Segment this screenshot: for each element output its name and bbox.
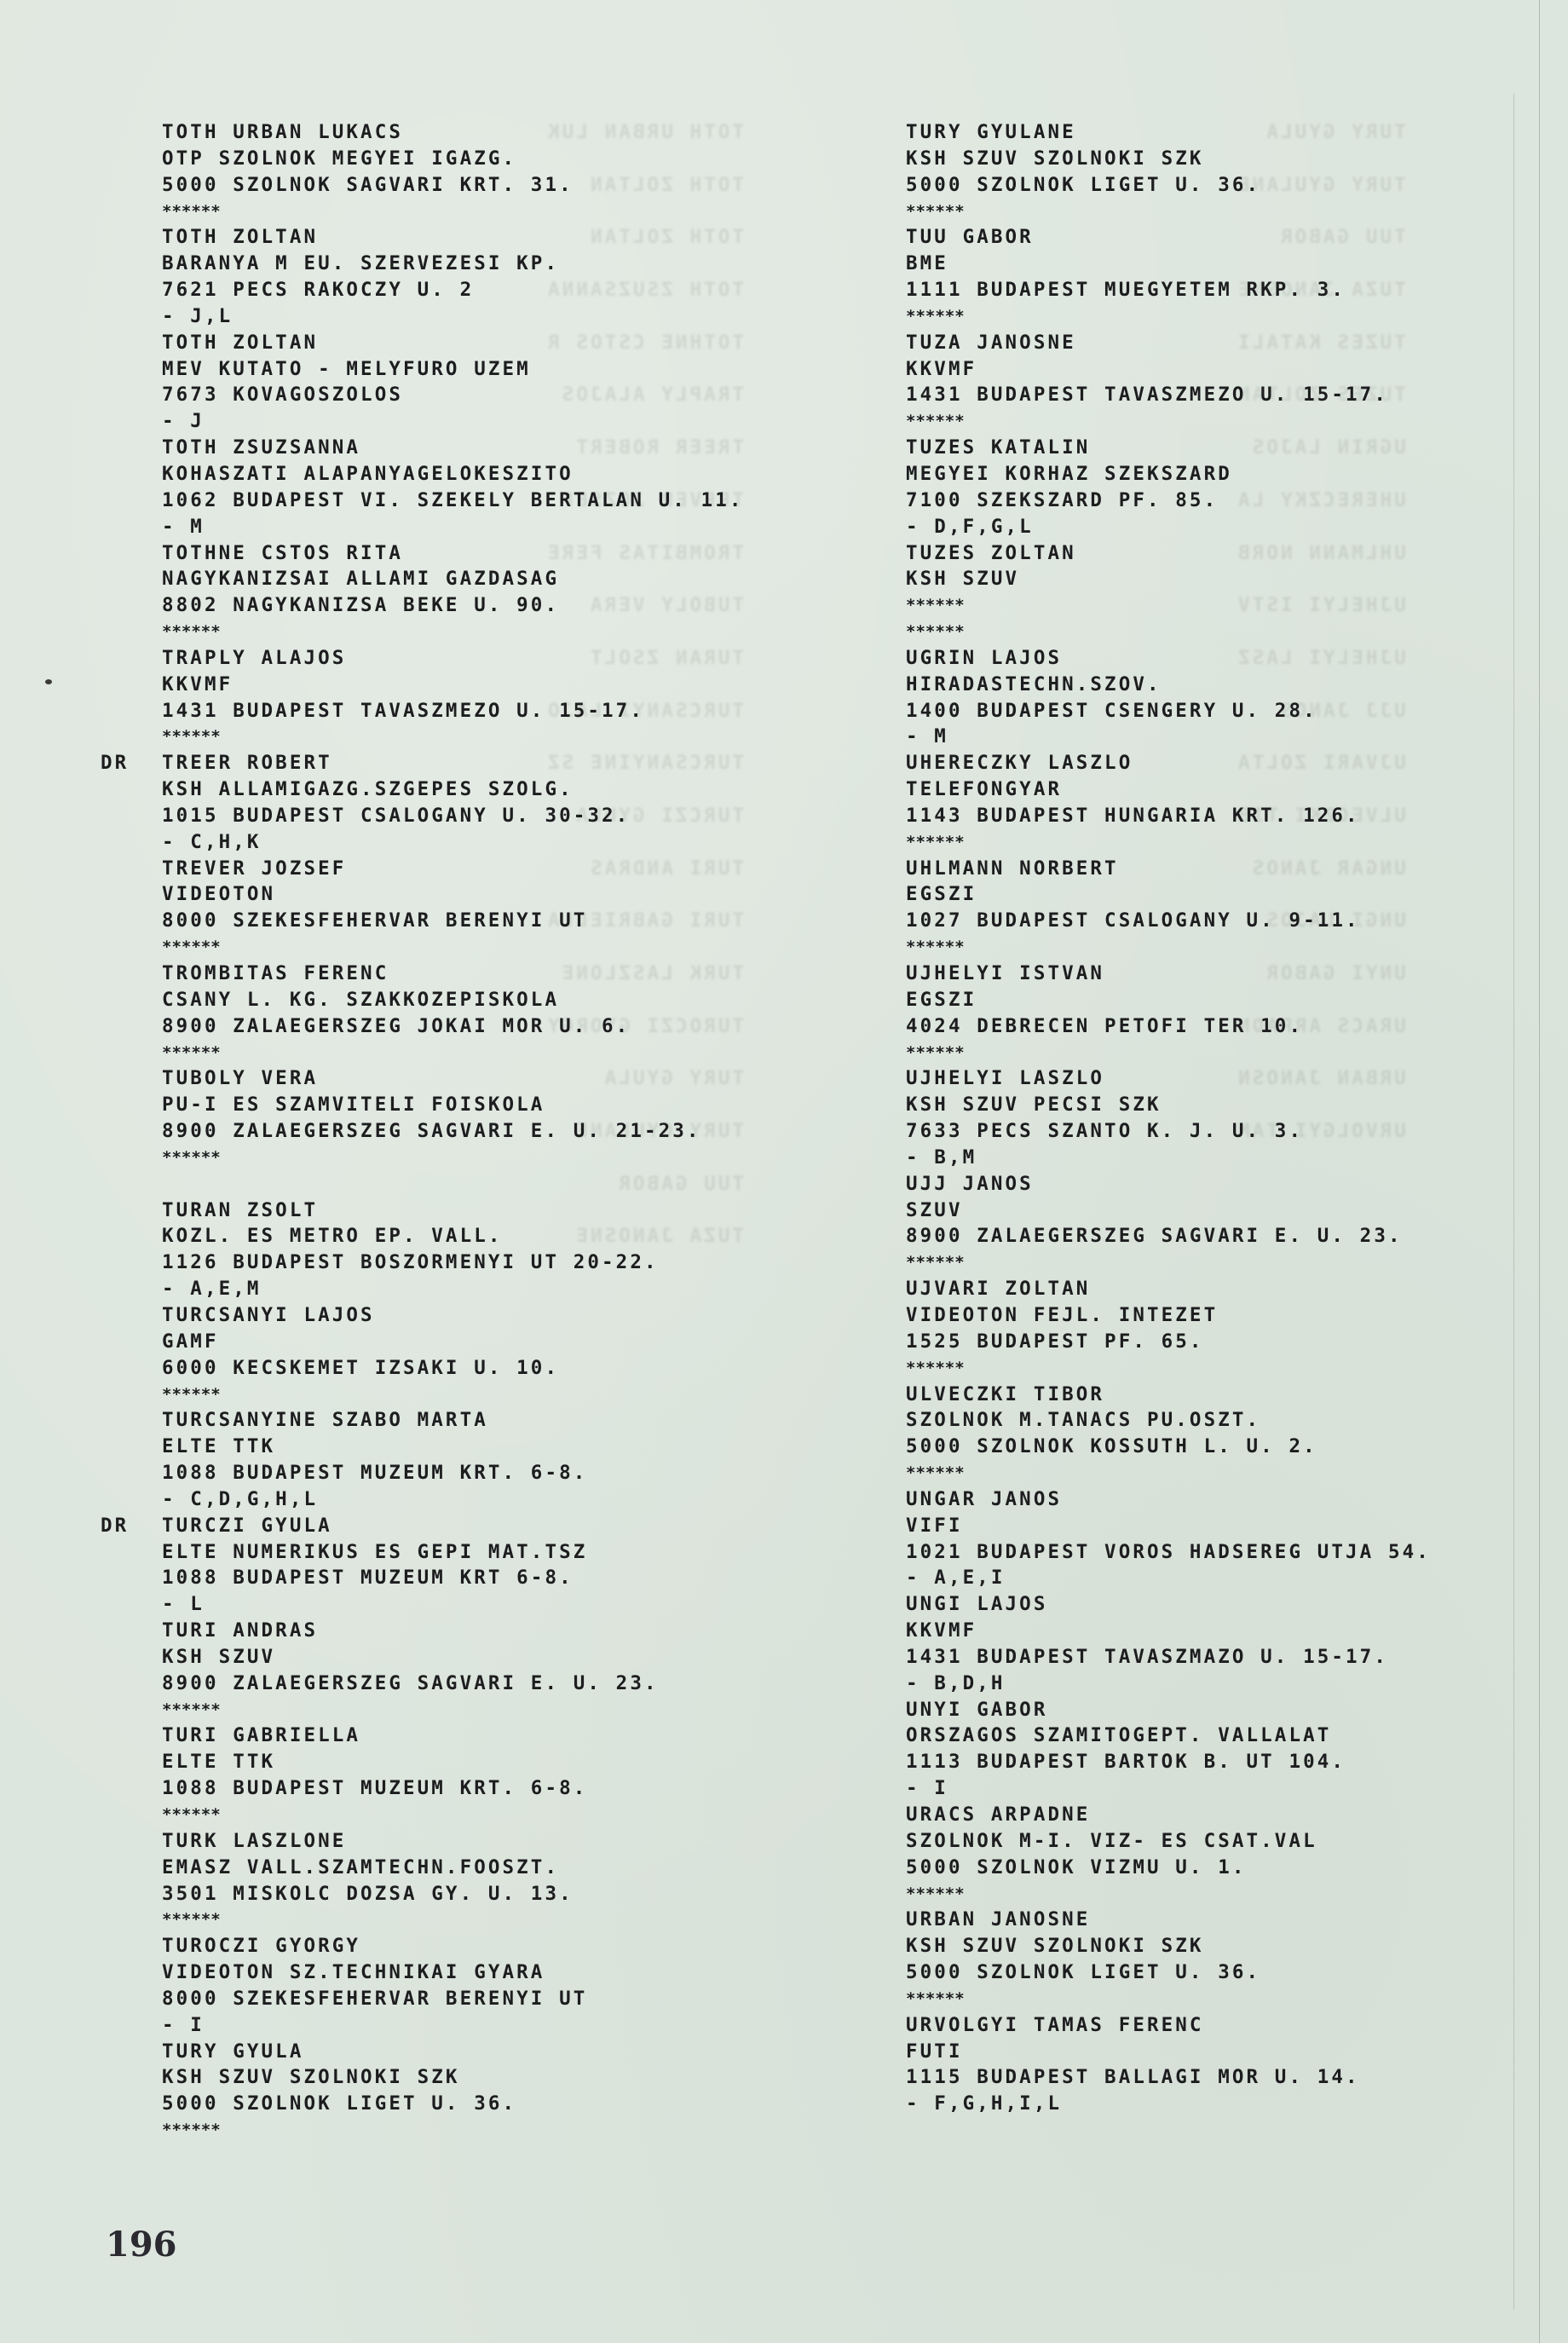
directory-entry: URACS ARPADNESZOLNOK M-I. VIZ- ES CSAT.V… [906, 1802, 1431, 1907]
entry-institution: BME [906, 251, 1431, 277]
entry-name: UNYI GABOR [906, 1697, 1431, 1723]
entry-name: UNGI LAJOS [906, 1591, 1431, 1618]
directory-entry: TREER ROBERTDRKSH ALLAMIGAZG.SZGEPES SZO… [162, 750, 744, 855]
directory-entry: TURCZI GYULADRELTE NUMERIKUS ES GEPI MAT… [162, 1513, 744, 1618]
entry-codes: - C,H,K [162, 829, 744, 856]
entry-institution: SZUV [906, 1197, 1431, 1224]
entry-address: 7673 KOVAGOSZOLOS [162, 382, 744, 408]
entry-name: UGRIN LAJOS [906, 645, 1431, 672]
entry-name: TUU GABOR [906, 224, 1431, 251]
entry-separator: ****** [906, 1249, 1431, 1276]
directory-entry: TURCSANYINE SZABO MARTAELTE TTK1088 BUDA… [162, 1407, 744, 1512]
entry-name: TREVER JOZSEF [162, 856, 744, 882]
entry-separator: ****** [162, 1907, 744, 1933]
entry-name: TOTH URBAN LUKACS [162, 119, 744, 146]
directory-entry: TURY GYULANEKSH SZUV SZOLNOKI SZK5000 SZ… [906, 119, 1431, 224]
entry-address: 8000 SZEKESFEHERVAR BERENYI UT [162, 1986, 744, 2012]
directory-column-left: TOTH URBAN LUKACSOTP SZOLNOK MEGYEI IGAZ… [162, 119, 744, 2144]
entry-institution: PU-I ES SZAMVITELI FOISKOLA [162, 1092, 744, 1118]
entry-address: 3501 MISKOLC DOZSA GY. U. 13. [162, 1881, 744, 1907]
directory-entry: TURK LASZLONEEMASZ VALL.SZAMTECHN.FOOSZT… [162, 1828, 744, 1933]
entry-institution: BARANYA M EU. SZERVEZESI KP. [162, 251, 744, 277]
entry-address: 1062 BUDAPEST VI. SZEKELY BERTALAN U. 11… [162, 488, 744, 514]
blank-line [162, 1171, 744, 1197]
directory-entry: URVOLGYI TAMAS FERENCFUTI1115 BUDAPEST B… [906, 2012, 1431, 2117]
entry-institution: OTP SZOLNOK MEGYEI IGAZG. [162, 146, 744, 172]
entry-separator: ****** [162, 1697, 744, 1723]
entry-institution: NAGYKANIZSAI ALLAMI GAZDASAG [162, 566, 744, 592]
directory-entry: TOTHNE CSTOS RITANAGYKANIZSAI ALLAMI GAZ… [162, 540, 744, 645]
entry-institution: KSH SZUV SZOLNOKI SZK [906, 1933, 1431, 1959]
entry-title-prefix: DR [101, 750, 129, 776]
entry-institution: SZOLNOK M-I. VIZ- ES CSAT.VAL [906, 1828, 1431, 1855]
entry-address: 8900 ZALAEGERSZEG JOKAI MOR U. 6. [162, 1013, 744, 1040]
directory-entry: TREVER JOZSEFVIDEOTON8000 SZEKESFEHERVAR… [162, 856, 744, 961]
entry-name: TURCSANYI LAJOS [162, 1302, 744, 1329]
entry-name: TUZES KATALIN [906, 435, 1431, 461]
entry-separator: ****** [906, 408, 1431, 435]
entry-separator: ****** [906, 303, 1431, 330]
entry-separator: ****** [162, 1382, 744, 1408]
entry-address: 5000 SZOLNOK LIGET U. 36. [906, 1959, 1431, 1986]
directory-entry: UJVARI ZOLTANVIDEOTON FEJL. INTEZET1525 … [906, 1276, 1431, 1381]
entry-institution: VIDEOTON SZ.TECHNIKAI GYARA [162, 1959, 744, 1986]
entry-separator: ****** [162, 2117, 744, 2144]
directory-column-right: TURY GYULANEKSH SZUV SZOLNOKI SZK5000 SZ… [906, 119, 1431, 2117]
entry-separator: ****** [906, 592, 1431, 619]
entry-institution: FUTI [906, 2039, 1431, 2065]
directory-entry: UHERECZKY LASZLOTELEFONGYAR1143 BUDAPEST… [906, 750, 1431, 855]
directory-entry: TROMBITAS FERENCCSANY L. KG. SZAKKOZEPIS… [162, 961, 744, 1065]
entry-institution: SZOLNOK M.TANACS PU.OSZT. [906, 1407, 1431, 1434]
entry-institution: EMASZ VALL.SZAMTECHN.FOOSZT. [162, 1855, 744, 1881]
entry-institution: KSH ALLAMIGAZG.SZGEPES SZOLG. [162, 776, 744, 803]
directory-entry: TURY GYULAKSH SZUV SZOLNOKI SZK5000 SZOL… [162, 2039, 744, 2144]
directory-entry: TOTH ZOLTANMEV KUTATO - MELYFURO UZEM767… [162, 330, 744, 435]
entry-separator: ****** [906, 1460, 1431, 1486]
entry-institution: MEV KUTATO - MELYFURO UZEM [162, 356, 744, 383]
entry-name: TURI ANDRAS [162, 1618, 744, 1644]
entry-institution: KKVMF [906, 356, 1431, 383]
entry-codes: - L [162, 1591, 744, 1618]
entry-separator: ****** [906, 199, 1431, 225]
entry-name: UJHELYI LASZLO [906, 1065, 1431, 1092]
entry-address: 8000 SZEKESFEHERVAR BERENYI UT [162, 908, 744, 934]
page-edge-line [1513, 94, 1514, 2310]
entry-name: UNGAR JANOS [906, 1486, 1431, 1513]
entry-institution: KSH SZUV SZOLNOKI SZK [906, 146, 1431, 172]
entry-separator: ****** [162, 724, 744, 750]
directory-entry: UNGI LAJOSKKVMF1431 BUDAPEST TAVASZMAZO … [906, 1591, 1431, 1696]
entry-address: 7633 PECS SZANTO K. J. U. 3. [906, 1118, 1431, 1145]
entry-name: TUBOLY VERA [162, 1065, 744, 1092]
entry-name: ULVECZKI TIBOR [906, 1382, 1431, 1408]
entry-address: 8900 ZALAEGERSZEG SAGVARI E. U. 21-23. [162, 1118, 744, 1145]
entry-address: 1400 BUDAPEST CSENGERY U. 28. [906, 698, 1431, 724]
ink-speck [45, 679, 52, 684]
entry-address: 1115 BUDAPEST BALLAGI MOR U. 14. [906, 2064, 1431, 2091]
directory-entry: TUZES ZOLTANKSH SZUV************ [906, 540, 1431, 645]
directory-entry: TRAPLY ALAJOSKKVMF1431 BUDAPEST TAVASZME… [162, 645, 744, 750]
entry-name: UHERECZKY LASZLO [906, 750, 1431, 776]
entry-institution: ELTE TTK [162, 1434, 744, 1460]
entry-address: 1027 BUDAPEST CSALOGANY U. 9-11. [906, 908, 1431, 934]
entry-codes: - M [162, 514, 744, 540]
entry-institution: KKVMF [906, 1618, 1431, 1644]
entry-address: 8900 ZALAEGERSZEG SAGVARI E. U. 23. [906, 1223, 1431, 1249]
directory-entry: UHLMANN NORBERTEGSZI1027 BUDAPEST CSALOG… [906, 856, 1431, 961]
entry-name: TUZA JANOSNE [906, 330, 1431, 356]
entry-name: UJVARI ZOLTAN [906, 1276, 1431, 1302]
entry-name: TURCSANYINE SZABO MARTA [162, 1407, 744, 1434]
entry-codes: - B,D,H [906, 1671, 1431, 1697]
entry-address: 1015 BUDAPEST CSALOGANY U. 30-32. [162, 803, 744, 829]
entry-name: URVOLGYI TAMAS FERENC [906, 2012, 1431, 2039]
directory-entry: UGRIN LAJOSHIRADASTECHN.SZOV.1400 BUDAPE… [906, 645, 1431, 750]
entry-address: 1431 BUDAPEST TAVASZMEZO U. 15-17. [162, 698, 744, 724]
entry-separator: ****** [162, 1802, 744, 1828]
entry-separator: ****** [906, 1986, 1431, 2012]
entry-name: TOTH ZOLTAN [162, 330, 744, 356]
entry-institution: VIDEOTON [162, 881, 744, 908]
entry-institution: GAMF [162, 1329, 744, 1355]
directory-entry: URBAN JANOSNEKSH SZUV SZOLNOKI SZK5000 S… [906, 1907, 1431, 2011]
entry-name: TUROCZI GYORGY [162, 1933, 744, 1959]
entry-codes: - M [906, 724, 1431, 750]
entry-institution: TELEFONGYAR [906, 776, 1431, 803]
entry-address: 1126 BUDAPEST BOSZORMENYI UT 20-22. [162, 1249, 744, 1276]
entry-address: 1525 BUDAPEST PF. 65. [906, 1329, 1431, 1355]
entry-codes: - I [162, 2012, 744, 2039]
entry-separator: ****** [906, 1040, 1431, 1066]
entry-name: URACS ARPADNE [906, 1802, 1431, 1828]
entry-name: TRAPLY ALAJOS [162, 645, 744, 672]
directory-entry: TUZA JANOSNEKKVMF1431 BUDAPEST TAVASZMEZ… [906, 330, 1431, 435]
entry-address: 1431 BUDAPEST TAVASZMEZO U. 15-17. [906, 382, 1431, 408]
entry-name: TURY GYULA [162, 2039, 744, 2065]
entry-address: 1088 BUDAPEST MUZEUM KRT. 6-8. [162, 1775, 744, 1802]
directory-entry: UJHELYI ISTVANEGSZI4024 DEBRECEN PETOFI … [906, 961, 1431, 1065]
entry-codes: - C,D,G,H,L [162, 1486, 744, 1513]
entry-institution: KSH SZUV [906, 566, 1431, 592]
directory-entry: UJHELYI LASZLOKSH SZUV PECSI SZK7633 PEC… [906, 1065, 1431, 1170]
entry-institution: CSANY L. KG. SZAKKOZEPISKOLA [162, 987, 744, 1013]
entry-address: 1111 BUDAPEST MUEGYETEM RKP. 3. [906, 277, 1431, 303]
entry-name: URBAN JANOSNE [906, 1907, 1431, 1933]
directory-entry: TURAN ZSOLTKOZL. ES METRO EP. VALL.1126 … [162, 1197, 744, 1302]
entry-address: 6000 KECSKEMET IZSAKI U. 10. [162, 1355, 744, 1382]
entry-name: TUZES ZOLTAN [906, 540, 1431, 567]
entry-separator: ****** [162, 934, 744, 961]
entry-institution: KSH SZUV SZOLNOKI SZK [162, 2064, 744, 2091]
entry-address: 5000 SZOLNOK KOSSUTH L. U. 2. [906, 1434, 1431, 1460]
directory-entry: TOTH ZSUZSANNAKOHASZATI ALAPANYAGELOKESZ… [162, 435, 744, 540]
entry-address: 1088 BUDAPEST MUZEUM KRT 6-8. [162, 1565, 744, 1591]
entry-separator: ****** [906, 829, 1431, 856]
entry-codes: - F,G,H,I,L [906, 2091, 1431, 2117]
page-number: 196 [106, 2225, 177, 2265]
entry-name: UJJ JANOS [906, 1171, 1431, 1197]
entry-address: 1113 BUDAPEST BARTOK B. UT 104. [906, 1749, 1431, 1775]
entry-codes: - J [162, 408, 744, 435]
directory-entry: UNYI GABORORSZAGOS SZAMITOGEPT. VALLALAT… [906, 1697, 1431, 1802]
entry-name: TURK LASZLONE [162, 1828, 744, 1855]
entry-codes: - A,E,I [906, 1565, 1431, 1591]
entry-name: UJHELYI ISTVAN [906, 961, 1431, 987]
entry-address: 5000 SZOLNOK LIGET U. 36. [162, 2091, 744, 2117]
entry-institution: ELTE NUMERIKUS ES GEPI MAT.TSZ [162, 1539, 744, 1566]
entry-name: UHLMANN NORBERT [906, 856, 1431, 882]
entry-codes: - D,F,G,L [906, 514, 1431, 540]
entry-address: 5000 SZOLNOK LIGET U. 36. [906, 172, 1431, 199]
scanned-page: TOTH URBAN LUK TOTH ZOLTAN TOTH ZOLTAN T… [0, 0, 1568, 2343]
entry-institution: ORSZAGOS SZAMITOGEPT. VALLALAT [906, 1723, 1431, 1749]
entry-name: TROMBITAS FERENC [162, 961, 744, 987]
page-edge-line [1539, 0, 1540, 2343]
entry-codes: - B,M [906, 1145, 1431, 1171]
entry-institution: KSH SZUV PECSI SZK [906, 1092, 1431, 1118]
directory-entry: TOTH ZOLTANBARANYA M EU. SZERVEZESI KP.7… [162, 224, 744, 329]
directory-entry: TURI ANDRASKSH SZUV8900 ZALAEGERSZEG SAG… [162, 1618, 744, 1723]
directory-entry: TURCSANYI LAJOSGAMF6000 KECSKEMET IZSAKI… [162, 1302, 744, 1407]
entry-address: 1431 BUDAPEST TAVASZMAZO U. 15-17. [906, 1644, 1431, 1671]
entry-address: 8900 ZALAEGERSZEG SAGVARI E. U. 23. [162, 1671, 744, 1697]
directory-entry: ULVECZKI TIBORSZOLNOK M.TANACS PU.OSZT.5… [906, 1382, 1431, 1486]
entry-name: TOTH ZOLTAN [162, 224, 744, 251]
entry-institution: KOZL. ES METRO EP. VALL. [162, 1223, 744, 1249]
entry-separator: ****** [906, 1355, 1431, 1382]
entry-address: 5000 SZOLNOK SAGVARI KRT. 31. [162, 172, 744, 199]
entry-separator: ****** [162, 1145, 744, 1171]
entry-name: TURI GABRIELLA [162, 1723, 744, 1749]
entry-institution: KKVMF [162, 672, 744, 698]
directory-entry: UNGAR JANOSVIFI1021 BUDAPEST VOROS HADSE… [906, 1486, 1431, 1591]
directory-entry: TURI GABRIELLAELTE TTK1088 BUDAPEST MUZE… [162, 1723, 744, 1827]
entry-name: TURAN ZSOLT [162, 1197, 744, 1224]
entry-institution: KSH SZUV [162, 1644, 744, 1671]
entry-address: 7621 PECS RAKOCZY U. 2 [162, 277, 744, 303]
entry-separator: ****** [906, 934, 1431, 961]
entry-codes: - I [906, 1775, 1431, 1802]
entry-address: 1088 BUDAPEST MUZEUM KRT. 6-8. [162, 1460, 744, 1486]
directory-entry: TUZES KATALINMEGYEI KORHAZ SZEKSZARD7100… [906, 435, 1431, 540]
entry-name: TOTH ZSUZSANNA [162, 435, 744, 461]
entry-address: 1021 BUDAPEST VOROS HADSEREG UTJA 54. [906, 1539, 1431, 1566]
entry-name: TURCZI GYULADR [162, 1513, 744, 1539]
entry-institution: MEGYEI KORHAZ SZEKSZARD [906, 461, 1431, 488]
entry-name: TREER ROBERTDR [162, 750, 744, 776]
entry-institution: HIRADASTECHN.SZOV. [906, 672, 1431, 698]
entry-name: TOTHNE CSTOS RITA [162, 540, 744, 567]
entry-institution: EGSZI [906, 987, 1431, 1013]
entry-codes: - A,E,M [162, 1276, 744, 1302]
entry-address: 5000 SZOLNOK VIZMU U. 1. [906, 1855, 1431, 1881]
entry-address: 4024 DEBRECEN PETOFI TER 10. [906, 1013, 1431, 1040]
entry-name: TURY GYULANE [906, 119, 1431, 146]
entry-institution: KOHASZATI ALAPANYAGELOKESZITO [162, 461, 744, 488]
entry-separator: ****** [906, 1881, 1431, 1907]
directory-entry: UJJ JANOSSZUV8900 ZALAEGERSZEG SAGVARI E… [906, 1171, 1431, 1276]
entry-separator: ****** [162, 1040, 744, 1066]
directory-entry: TOTH URBAN LUKACSOTP SZOLNOK MEGYEI IGAZ… [162, 119, 744, 224]
entry-separator: ****** [162, 619, 744, 645]
entry-title-prefix: DR [101, 1513, 129, 1539]
directory-entry: TUBOLY VERAPU-I ES SZAMVITELI FOISKOLA89… [162, 1065, 744, 1197]
entry-institution: EGSZI [906, 881, 1431, 908]
entry-address: 1143 BUDAPEST HUNGARIA KRT. 126. [906, 803, 1431, 829]
entry-address: 7100 SZEKSZARD PF. 85. [906, 488, 1431, 514]
entry-codes: - J,L [162, 303, 744, 330]
directory-entry: TUROCZI GYORGYVIDEOTON SZ.TECHNIKAI GYAR… [162, 1933, 744, 2038]
entry-address: 8802 NAGYKANIZSA BEKE U. 90. [162, 592, 744, 619]
entry-separator: ****** [162, 199, 744, 225]
entry-separator: ****** [906, 619, 1431, 645]
entry-institution: VIFI [906, 1513, 1431, 1539]
entry-institution: ELTE TTK [162, 1749, 744, 1775]
entry-institution: VIDEOTON FEJL. INTEZET [906, 1302, 1431, 1329]
directory-entry: TUU GABORBME1111 BUDAPEST MUEGYETEM RKP.… [906, 224, 1431, 329]
